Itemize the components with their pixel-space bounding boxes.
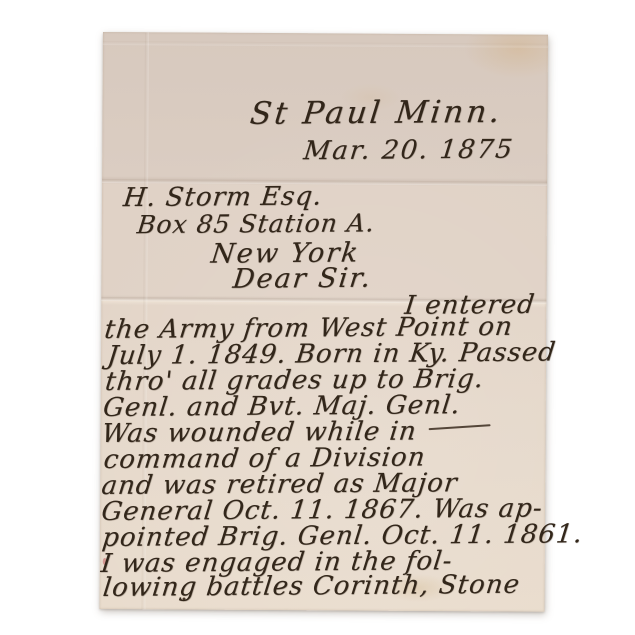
- letter-date-line: Mar. 20. 1875: [302, 137, 515, 165]
- recipient-name-line: H. Storm Esq.: [122, 184, 324, 212]
- salutation-line: Dear Sir.: [231, 265, 373, 293]
- fold-crease-top: [103, 41, 548, 48]
- ink-underline-flourish: [429, 424, 491, 430]
- photo-background: St Paul Minn. Mar. 20. 1875 H. Storm Esq…: [0, 0, 635, 635]
- recipient-address-line: Box 85 Station A.: [136, 210, 377, 237]
- letter-place-line: St Paul Minn.: [248, 97, 504, 130]
- body-line: lowing battles Corinth, Stone: [102, 572, 522, 601]
- letter-paper: St Paul Minn. Mar. 20. 1875 H. Storm Esq…: [99, 32, 548, 612]
